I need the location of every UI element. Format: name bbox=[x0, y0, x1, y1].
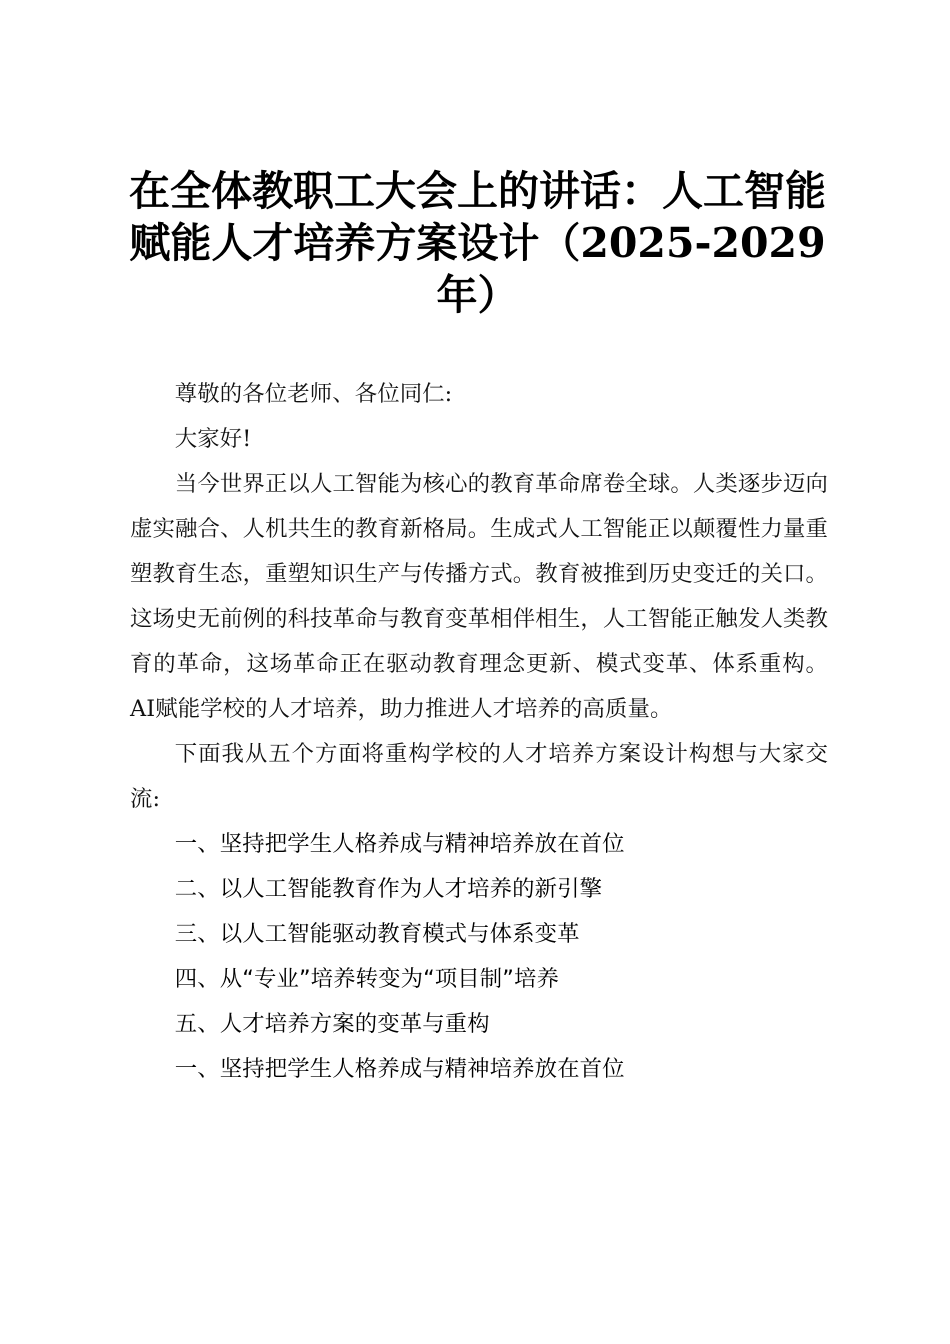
salutation: 尊敬的各位老师、各位同仁: bbox=[130, 372, 828, 417]
outline-item: 五、人才培养方案的变革与重构 bbox=[130, 1002, 828, 1047]
outline-item: 四、从“专业”培养转变为“项目制”培养 bbox=[130, 957, 828, 1002]
title-line: 年） bbox=[120, 269, 835, 321]
outline-item: 三、以人工智能驱动教育模式与体系变革 bbox=[130, 912, 828, 957]
title-line: 赋能人才培养方案设计（2025-2029 bbox=[120, 217, 835, 269]
intro-paragraph: 当今世界正以人工智能为核心的教育革命席卷全球。人类逐步迈向虚实融合、人机共生的教… bbox=[130, 462, 828, 732]
outline-item: 二、以人工智能教育作为人才培养的新引擎 bbox=[130, 867, 828, 912]
document-title: 在全体教职工大会上的讲话：人工智能 赋能人才培养方案设计（2025-2029 年… bbox=[120, 165, 835, 321]
section-heading: 一、坚持把学生人格养成与精神培养放在首位 bbox=[130, 1047, 828, 1092]
outline-intro-paragraph: 下面我从五个方面将重构学校的人才培养方案设计构想与大家交流: bbox=[130, 732, 828, 822]
document-page: 在全体教职工大会上的讲话：人工智能 赋能人才培养方案设计（2025-2029 年… bbox=[0, 0, 950, 1344]
title-line: 在全体教职工大会上的讲话：人工智能 bbox=[120, 165, 835, 217]
greeting: 大家好! bbox=[130, 417, 828, 462]
outline-item: 一、坚持把学生人格养成与精神培养放在首位 bbox=[130, 822, 828, 867]
document-body: 尊敬的各位老师、各位同仁: 大家好! 当今世界正以人工智能为核心的教育革命席卷全… bbox=[130, 372, 828, 1092]
